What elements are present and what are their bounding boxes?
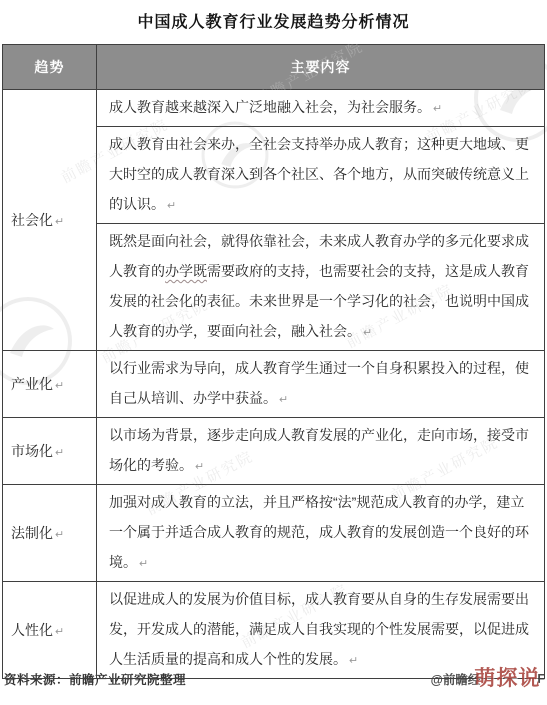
content-cell: 加强对成人教育的立法，并且严格按“法”规范成人教育的办学，建立一个属于并适合成人… bbox=[97, 485, 545, 582]
header-cell-content: 主要内容 bbox=[97, 45, 545, 90]
table-row: 人性化↵ 以促进成人的发展为价值目标，成人教育要从自身的生存发展需要出发，开发成… bbox=[3, 582, 545, 679]
trend-label-socialization: 社会化↵ bbox=[3, 90, 97, 351]
table-row: 法制化↵ 加强对成人教育的立法，并且严格按“法”规范成人教育的办学，建立一个属于… bbox=[3, 485, 545, 582]
paragraph-mark-icon: ↵ bbox=[363, 327, 372, 339]
content-cell: 以市场为背景，逐步走向成人教育发展的产业化，走向市场，接受市场化的考验。↵ bbox=[97, 418, 545, 485]
content-text: 加强对成人教育的立法，并且严格按“法”规范成人教育的办学，建立一个属于并适合成人… bbox=[109, 494, 529, 570]
page-title: 中国成人教育行业发展趋势分析情况 bbox=[0, 0, 547, 44]
trend-label-text: 法制化 bbox=[11, 525, 53, 541]
mengtanshuo-watermark: 萌探说 bbox=[474, 668, 540, 689]
content-cell: 以行业需求为导向，成人教育学生通过一个自身积累投入的过程，使自己从培训、办学中获… bbox=[97, 351, 545, 418]
paragraph-mark-icon: ↵ bbox=[279, 394, 288, 406]
paragraph-mark-icon: ↵ bbox=[55, 626, 64, 638]
spellcheck-underlined-text: 办学既 bbox=[165, 263, 207, 279]
paragraph-mark-icon: ↵ bbox=[349, 655, 358, 667]
table-row: 产业化↵ 以行业需求为导向，成人教育学生通过一个自身积累投入的过程，使自己从培训… bbox=[3, 351, 545, 418]
trend-label-text: 市场化 bbox=[11, 443, 53, 459]
content-cell: 既然是面向社会，就得依靠社会，未来成人教育办学的多元化要求成人教育的办学既需要政… bbox=[97, 224, 545, 351]
content-cell: 以促进成人的发展为价值目标，成人教育要从自身的生存发展需要出发，开发成人的潜能，… bbox=[97, 582, 545, 679]
trend-label-industrialization: 产业化↵ bbox=[3, 351, 97, 418]
paragraph-mark-icon: ↵ bbox=[167, 200, 176, 212]
paragraph-mark-icon: ↵ bbox=[55, 529, 64, 541]
content-cell: 成人教育由社会来办，全社会支持举办成人教育；这种更大地域、更大时空的成人教育深入… bbox=[97, 127, 545, 224]
trend-label-legalization: 法制化↵ bbox=[3, 485, 97, 582]
trend-analysis-table: 趋势 主要内容 社会化↵ 成人教育越来越深入广泛地融入社会，为社会服务。↵ 成人… bbox=[2, 44, 545, 679]
trend-label-text: 社会化 bbox=[11, 212, 53, 228]
table-row: 市场化↵ 以市场为背景，逐步走向成人教育发展的产业化，走向市场，接受市场化的考验… bbox=[3, 418, 545, 485]
content-text: 以促进成人的发展为价值目标，成人教育要从自身的生存发展需要出发，开发成人的潜能，… bbox=[109, 591, 529, 667]
paragraph-mark-icon: ↵ bbox=[55, 447, 64, 459]
paragraph-mark-icon: ↵ bbox=[195, 461, 204, 473]
paragraph-mark-icon: ↵ bbox=[433, 103, 442, 115]
document-page: 前瞻产业研究院 前瞻产业研究院 前瞻产业研究院 前瞻产业研究院 前瞻产业研究院 … bbox=[0, 0, 547, 705]
paragraph-mark-icon: ↵ bbox=[55, 380, 64, 392]
trend-label-text: 人性化 bbox=[11, 622, 53, 638]
trend-label-text: 产业化 bbox=[11, 376, 53, 392]
content-text: 以行业需求为导向，成人教育学生通过一个自身积累投入的过程，使自己从培训、办学中获… bbox=[109, 360, 529, 406]
paragraph-mark-icon: ↵ bbox=[139, 558, 148, 570]
table-row: 社会化↵ 成人教育越来越深入广泛地融入社会，为社会服务。↵ bbox=[3, 90, 545, 127]
table-header-row: 趋势 主要内容 bbox=[3, 45, 545, 90]
content-text: 以市场为背景，逐步走向成人教育发展的产业化，走向市场，接受市场化的考验。 bbox=[109, 427, 529, 473]
header-cell-trend: 趋势 bbox=[3, 45, 97, 90]
content-cell: 成人教育越来越深入广泛地融入社会，为社会服务。↵ bbox=[97, 90, 545, 127]
trend-label-humanization: 人性化↵ bbox=[3, 582, 97, 679]
paragraph-mark-icon: ↵ bbox=[55, 216, 64, 228]
content-text: 成人教育越来越深入广泛地融入社会，为社会服务。 bbox=[109, 99, 431, 115]
trend-label-marketization: 市场化↵ bbox=[3, 418, 97, 485]
